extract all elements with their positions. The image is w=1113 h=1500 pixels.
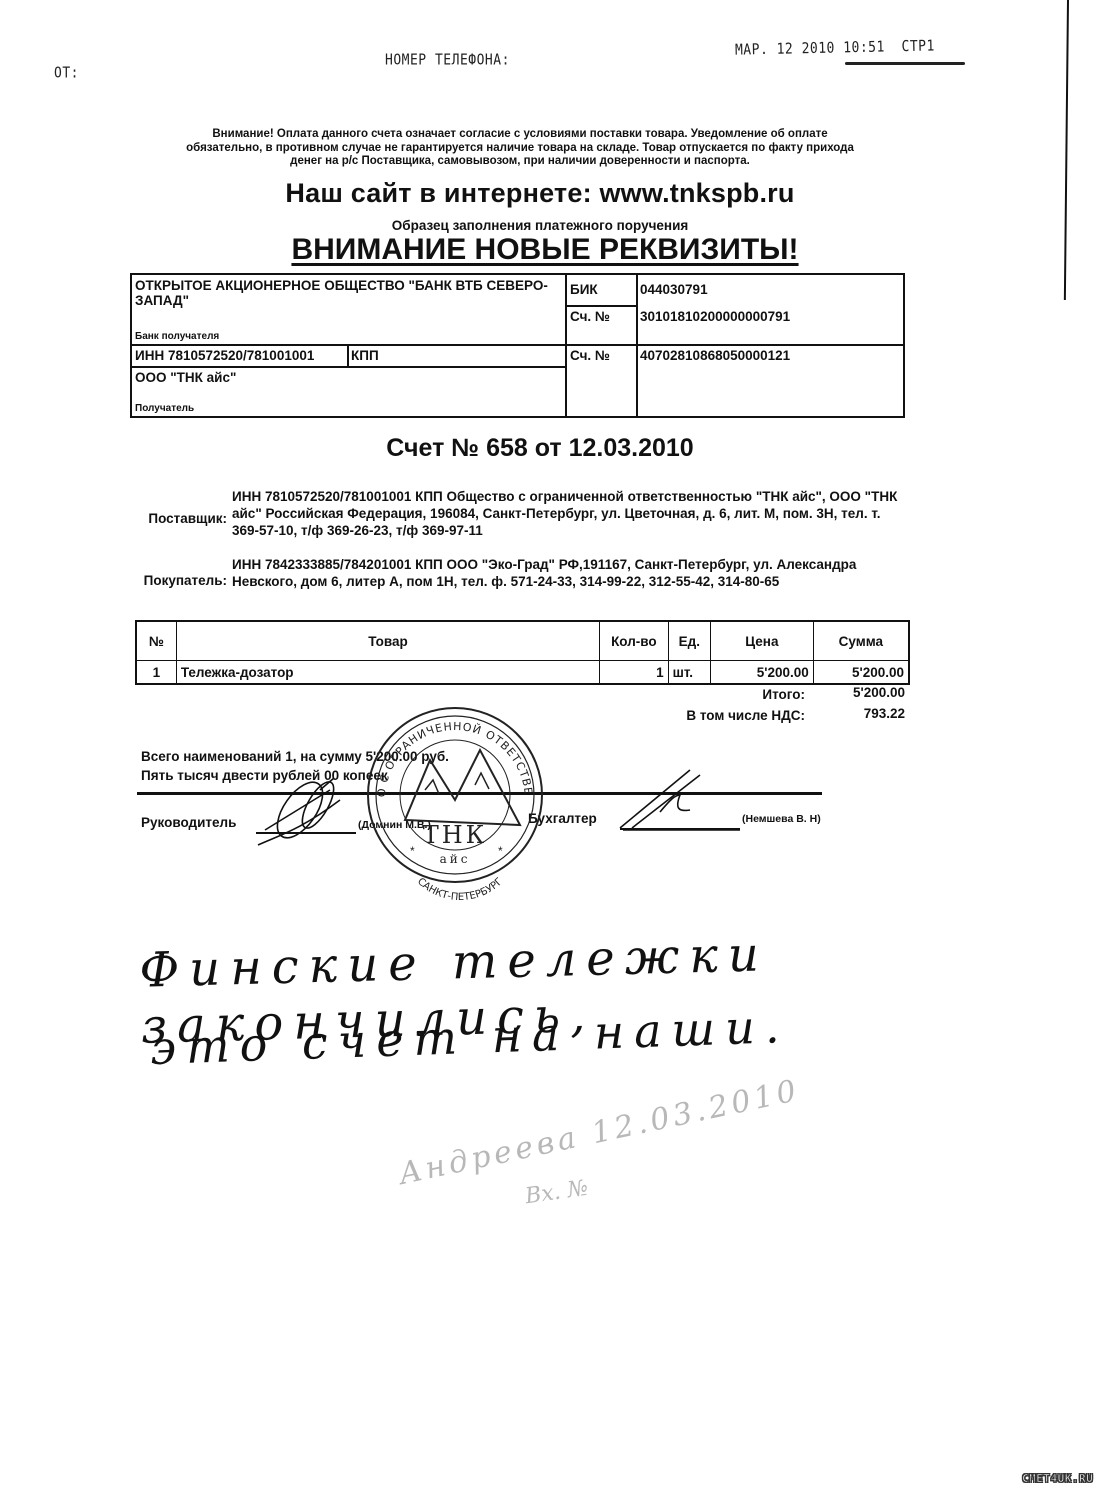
row-quantity: 1 xyxy=(600,661,669,685)
page-edge-line xyxy=(1064,0,1069,300)
col-price: Цена xyxy=(710,621,813,661)
corr-account-label: Сч. № xyxy=(570,309,610,324)
director-signature xyxy=(258,775,340,846)
director-label: Руководитель xyxy=(141,815,236,830)
row-price: 5'200.00 xyxy=(710,661,813,685)
svg-text:*: * xyxy=(498,844,503,858)
buyer-label: Покупатель: xyxy=(127,573,227,588)
director-name: (Домнин М.В.) xyxy=(358,819,431,831)
accountant-signature-line xyxy=(620,828,740,830)
sample-caption: Образец заполнения платежного поручения xyxy=(200,218,880,233)
account-value: 40702810868050000121 xyxy=(640,348,790,363)
payment-notice: Внимание! Оплата данного счета означает … xyxy=(180,128,860,169)
svg-text:*: * xyxy=(410,844,415,858)
bik-value: 044030791 xyxy=(640,282,708,297)
fax-underline xyxy=(845,62,965,65)
attention-heading: ВНИМАНИЕ НОВЫЕ РЕКВИЗИТЫ! xyxy=(255,233,835,267)
inn-label: ИНН 7810572520/781001001 xyxy=(135,348,314,363)
total-label: Итого: xyxy=(605,687,805,702)
fax-timestamp: МАР. 12 2010 10:51 СТР1 xyxy=(735,38,935,59)
bank-caption: Банк получателя xyxy=(135,331,219,342)
fax-datetime: МАР. 12 2010 10:51 xyxy=(735,39,885,59)
col-number: № xyxy=(136,621,176,661)
kpp-label: КПП xyxy=(351,348,379,363)
website-line: Наш сайт в интернете: www.tnkspb.ru xyxy=(200,178,880,209)
supplier-text: ИНН 7810572520/781001001 КПП Общество с … xyxy=(232,488,902,539)
goods-table: № Товар Кол-во Ед. Цена Сумма 1 Тележка-… xyxy=(135,620,910,685)
bank-name: ОТКРЫТОЕ АКЦИОНЕРНОЕ ОБЩЕСТВО "БАНК ВТБ … xyxy=(135,278,555,308)
table-row: 1 Тележка-дозатор 1 шт. 5'200.00 5'200.0… xyxy=(136,661,909,685)
stamp-bottom-text: САНКТ-ПЕТЕРБУРГ xyxy=(415,876,505,903)
fax-from-label: ОТ: xyxy=(54,65,79,82)
col-product: Товар xyxy=(176,621,599,661)
row-sum: 5'200.00 xyxy=(813,661,909,685)
accountant-label: Бухгалтер xyxy=(528,811,597,826)
invoice-title: Счет № 658 от 12.03.2010 xyxy=(200,434,880,463)
col-quantity: Кол-во xyxy=(600,621,669,661)
summary-divider xyxy=(137,792,822,795)
row-product: Тележка-дозатор xyxy=(176,661,599,685)
row-number: 1 xyxy=(136,661,176,685)
fax-page: СТР1 xyxy=(901,38,935,56)
summary-count: Всего наименований 1, на сумму 5'200.00 … xyxy=(141,749,449,764)
svg-text:САНКТ-ПЕТЕРБУРГ: САНКТ-ПЕТЕРБУРГ xyxy=(415,876,505,903)
stamp-sub-text: айс xyxy=(440,852,471,866)
supplier-label: Поставщик: xyxy=(127,511,227,526)
recipient-name: ООО "ТНК айс" xyxy=(135,370,236,385)
bank-details-table: ОТКРЫТОЕ АКЦИОНЕРНОЕ ОБЩЕСТВО "БАНК ВТБ … xyxy=(130,273,905,418)
accountant-name: (Немшева В. Н) xyxy=(742,813,821,825)
col-sum: Сумма xyxy=(813,621,909,661)
corr-account-value: 30101810200000000791 xyxy=(640,309,790,324)
stamp-center-text: ТНК xyxy=(423,821,488,849)
buyer-text: ИНН 7842333885/784201001 КПП ООО "Эко-Гр… xyxy=(232,556,902,590)
fax-phone-label: НОМЕР ТЕЛЕФОНА: xyxy=(385,52,510,69)
bik-label: БИК xyxy=(570,282,598,297)
summary-words: Пять тысяч двести рублей 00 копеек xyxy=(141,768,388,783)
faint-note-line1: Андреева 12.03.2010 xyxy=(396,1073,803,1192)
col-unit: Ед. xyxy=(668,621,710,661)
director-signature-line xyxy=(256,832,356,834)
watermark: CMET4UK.RU xyxy=(1022,1472,1093,1485)
total-value: 5'200.00 xyxy=(805,685,905,700)
account-label: Сч. № xyxy=(570,348,610,363)
recipient-caption: Получатель xyxy=(135,403,194,414)
vat-label: В том числе НДС: xyxy=(605,708,805,723)
faint-note-line2: Вх. № xyxy=(524,1176,590,1210)
row-unit: шт. xyxy=(668,661,710,685)
goods-header-row: № Товар Кол-во Ед. Цена Сумма xyxy=(136,621,909,661)
company-stamp xyxy=(368,708,542,882)
vat-value: 793.22 xyxy=(805,706,905,721)
accountant-signature xyxy=(620,770,740,830)
